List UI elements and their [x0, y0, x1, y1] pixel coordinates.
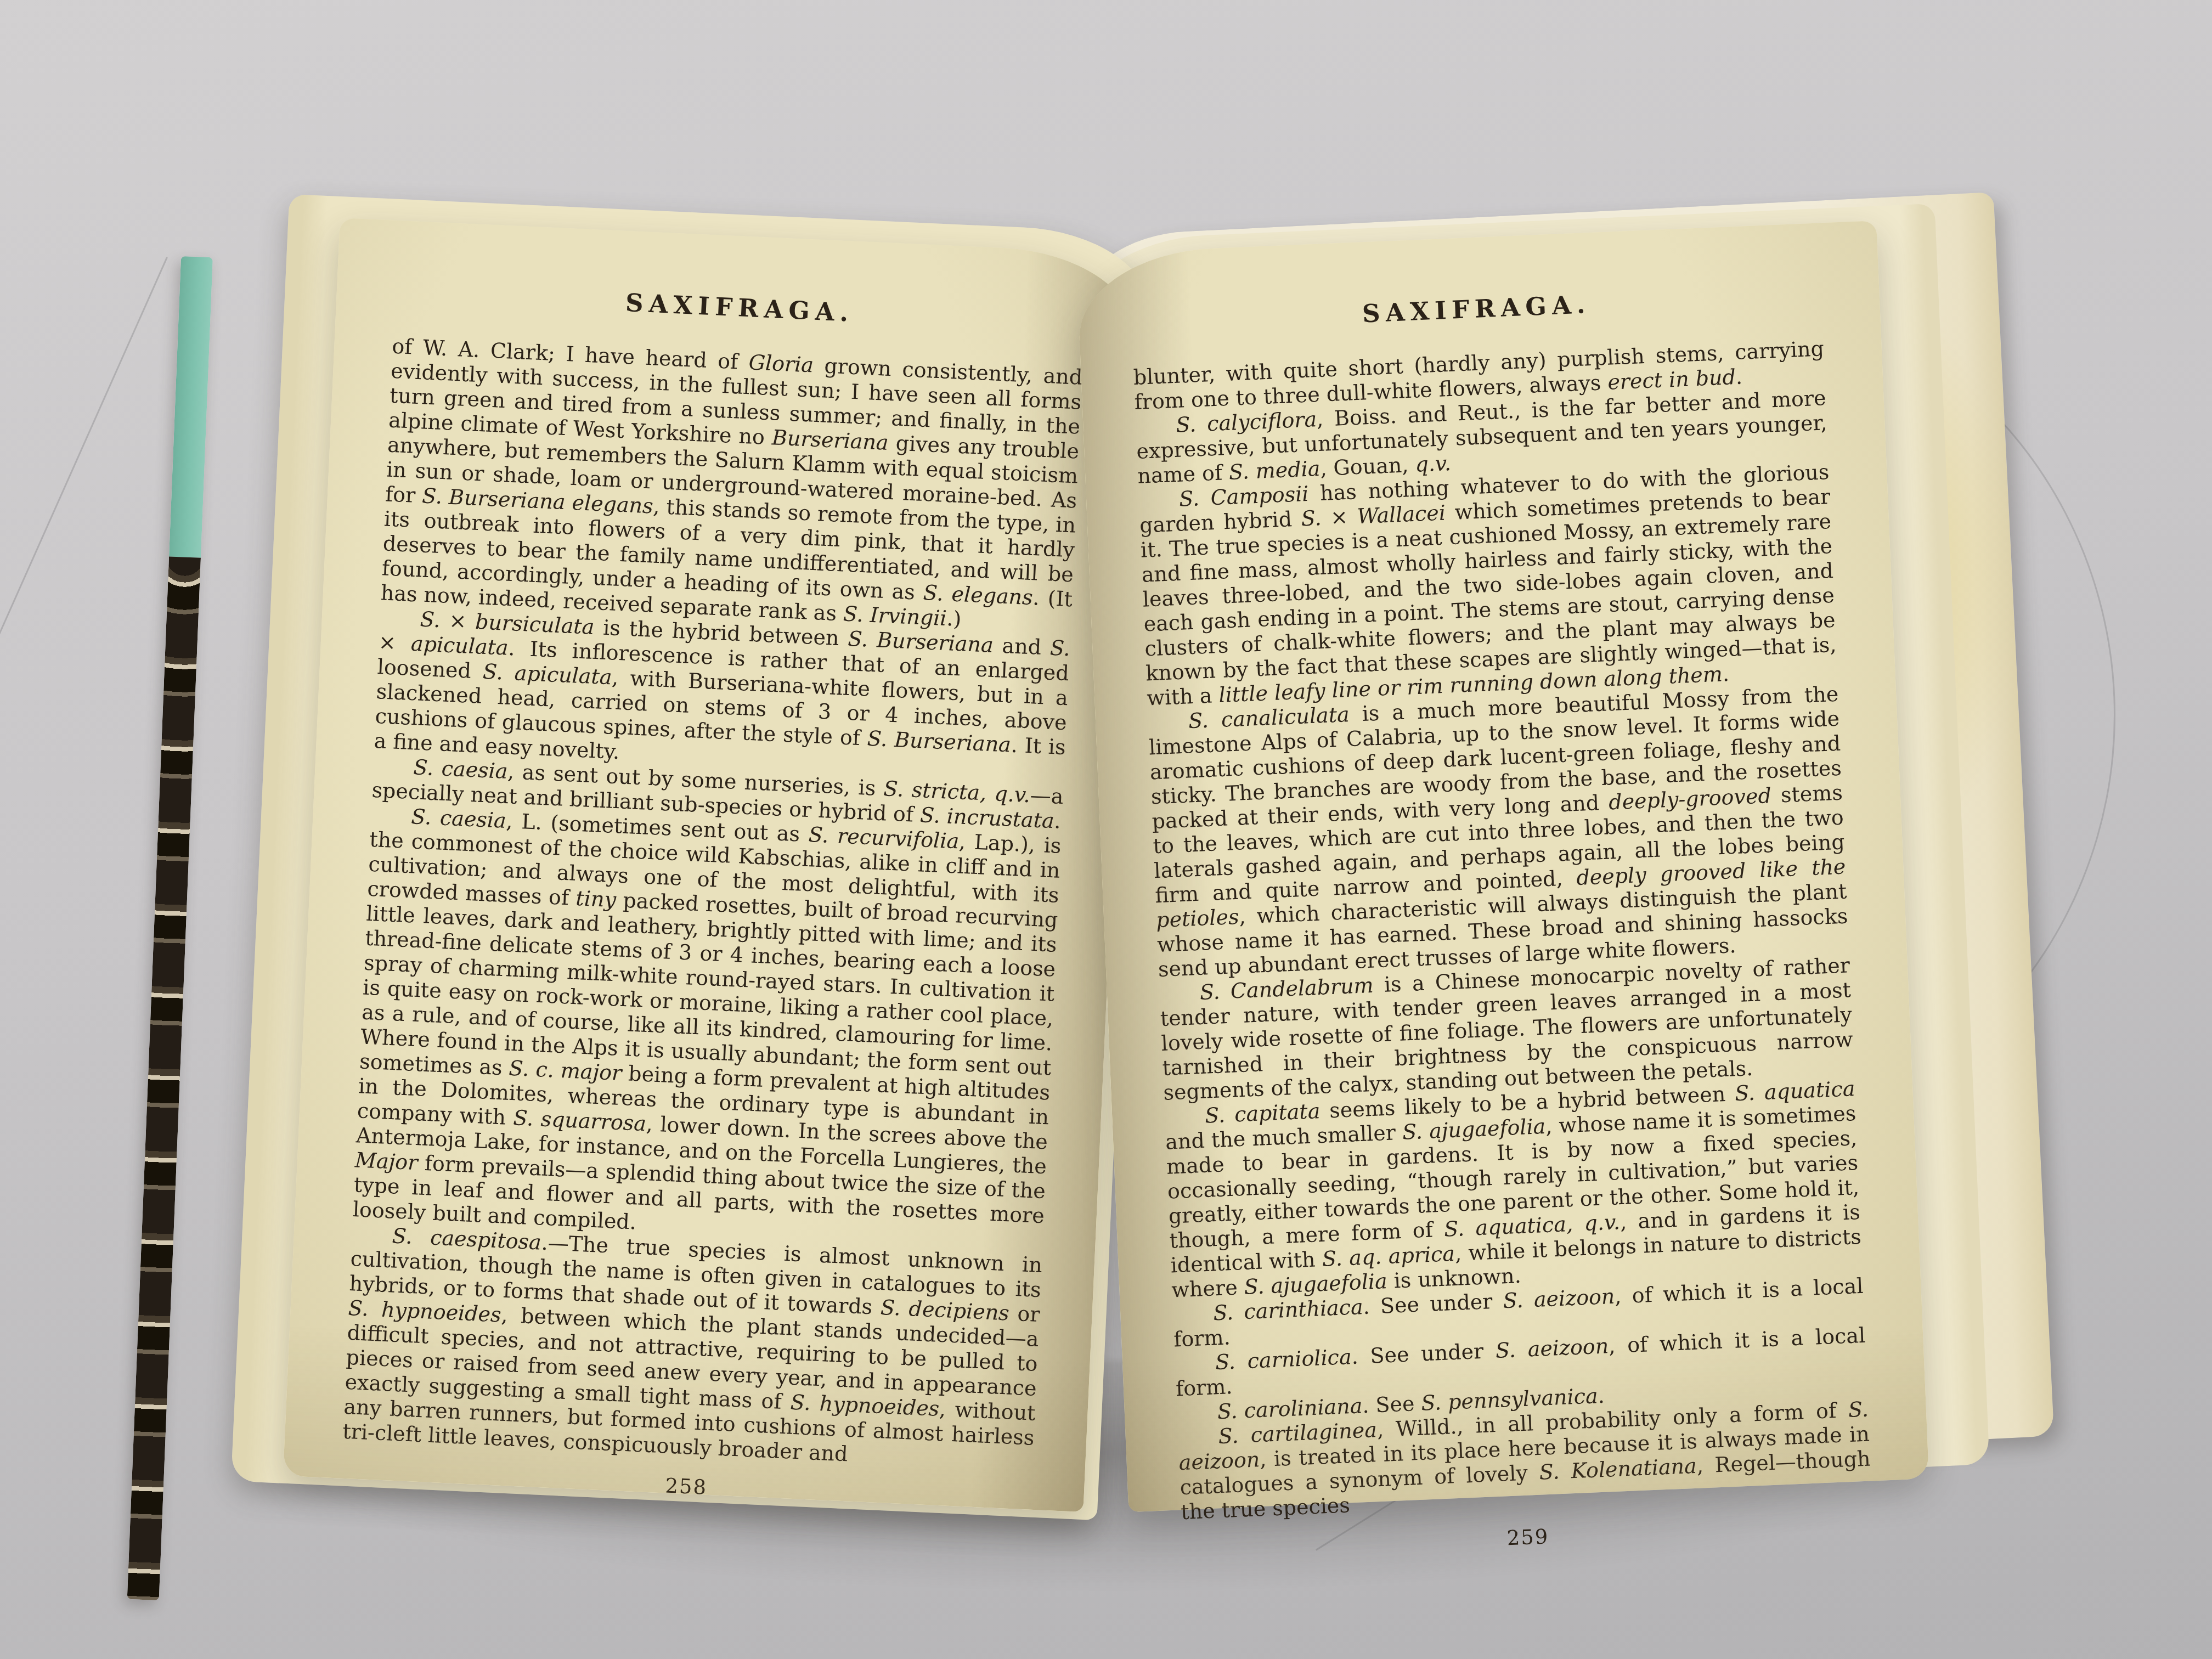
left-page-text: of W. A. Clark; I have heard of Gloria g… — [342, 334, 1084, 1475]
left-page: SAXIFRAGA. of W. A. Clark; I have heard … — [283, 218, 1141, 1512]
right-running-head: SAXIFRAGA. — [1131, 280, 1822, 338]
open-book: SAXIFRAGA. of W. A. Clark; I have heard … — [0, 0, 2212, 1659]
right-page-text: blunter, with quite short (hardly any) p… — [1133, 336, 1872, 1525]
dust-jacket-photo-edge — [127, 556, 201, 1600]
photo-background: SAXIFRAGA. of W. A. Clark; I have heard … — [0, 0, 2212, 1659]
paragraph: S. canaliculata is a much more beautiful… — [1147, 682, 1849, 982]
paragraph: S. caesia, L. (sometimes sent out as S. … — [352, 803, 1062, 1253]
paragraph: S. Camposii has nothing whatever to do w… — [1138, 460, 1838, 710]
left-running-head: SAXIFRAGA. — [394, 278, 1086, 338]
paragraph: S. caespitosa.—The true species is almos… — [342, 1222, 1043, 1475]
paragraph: S. capitata seems likely to be a hybrid … — [1164, 1076, 1863, 1302]
paragraph: of W. A. Clark; I have heard of Gloria g… — [380, 334, 1083, 637]
right-page: SAXIFRAGA. blunter, with quite short (ha… — [1076, 221, 1929, 1512]
dust-jacket-edge — [127, 256, 213, 1600]
dust-jacket-teal-edge — [169, 256, 213, 558]
